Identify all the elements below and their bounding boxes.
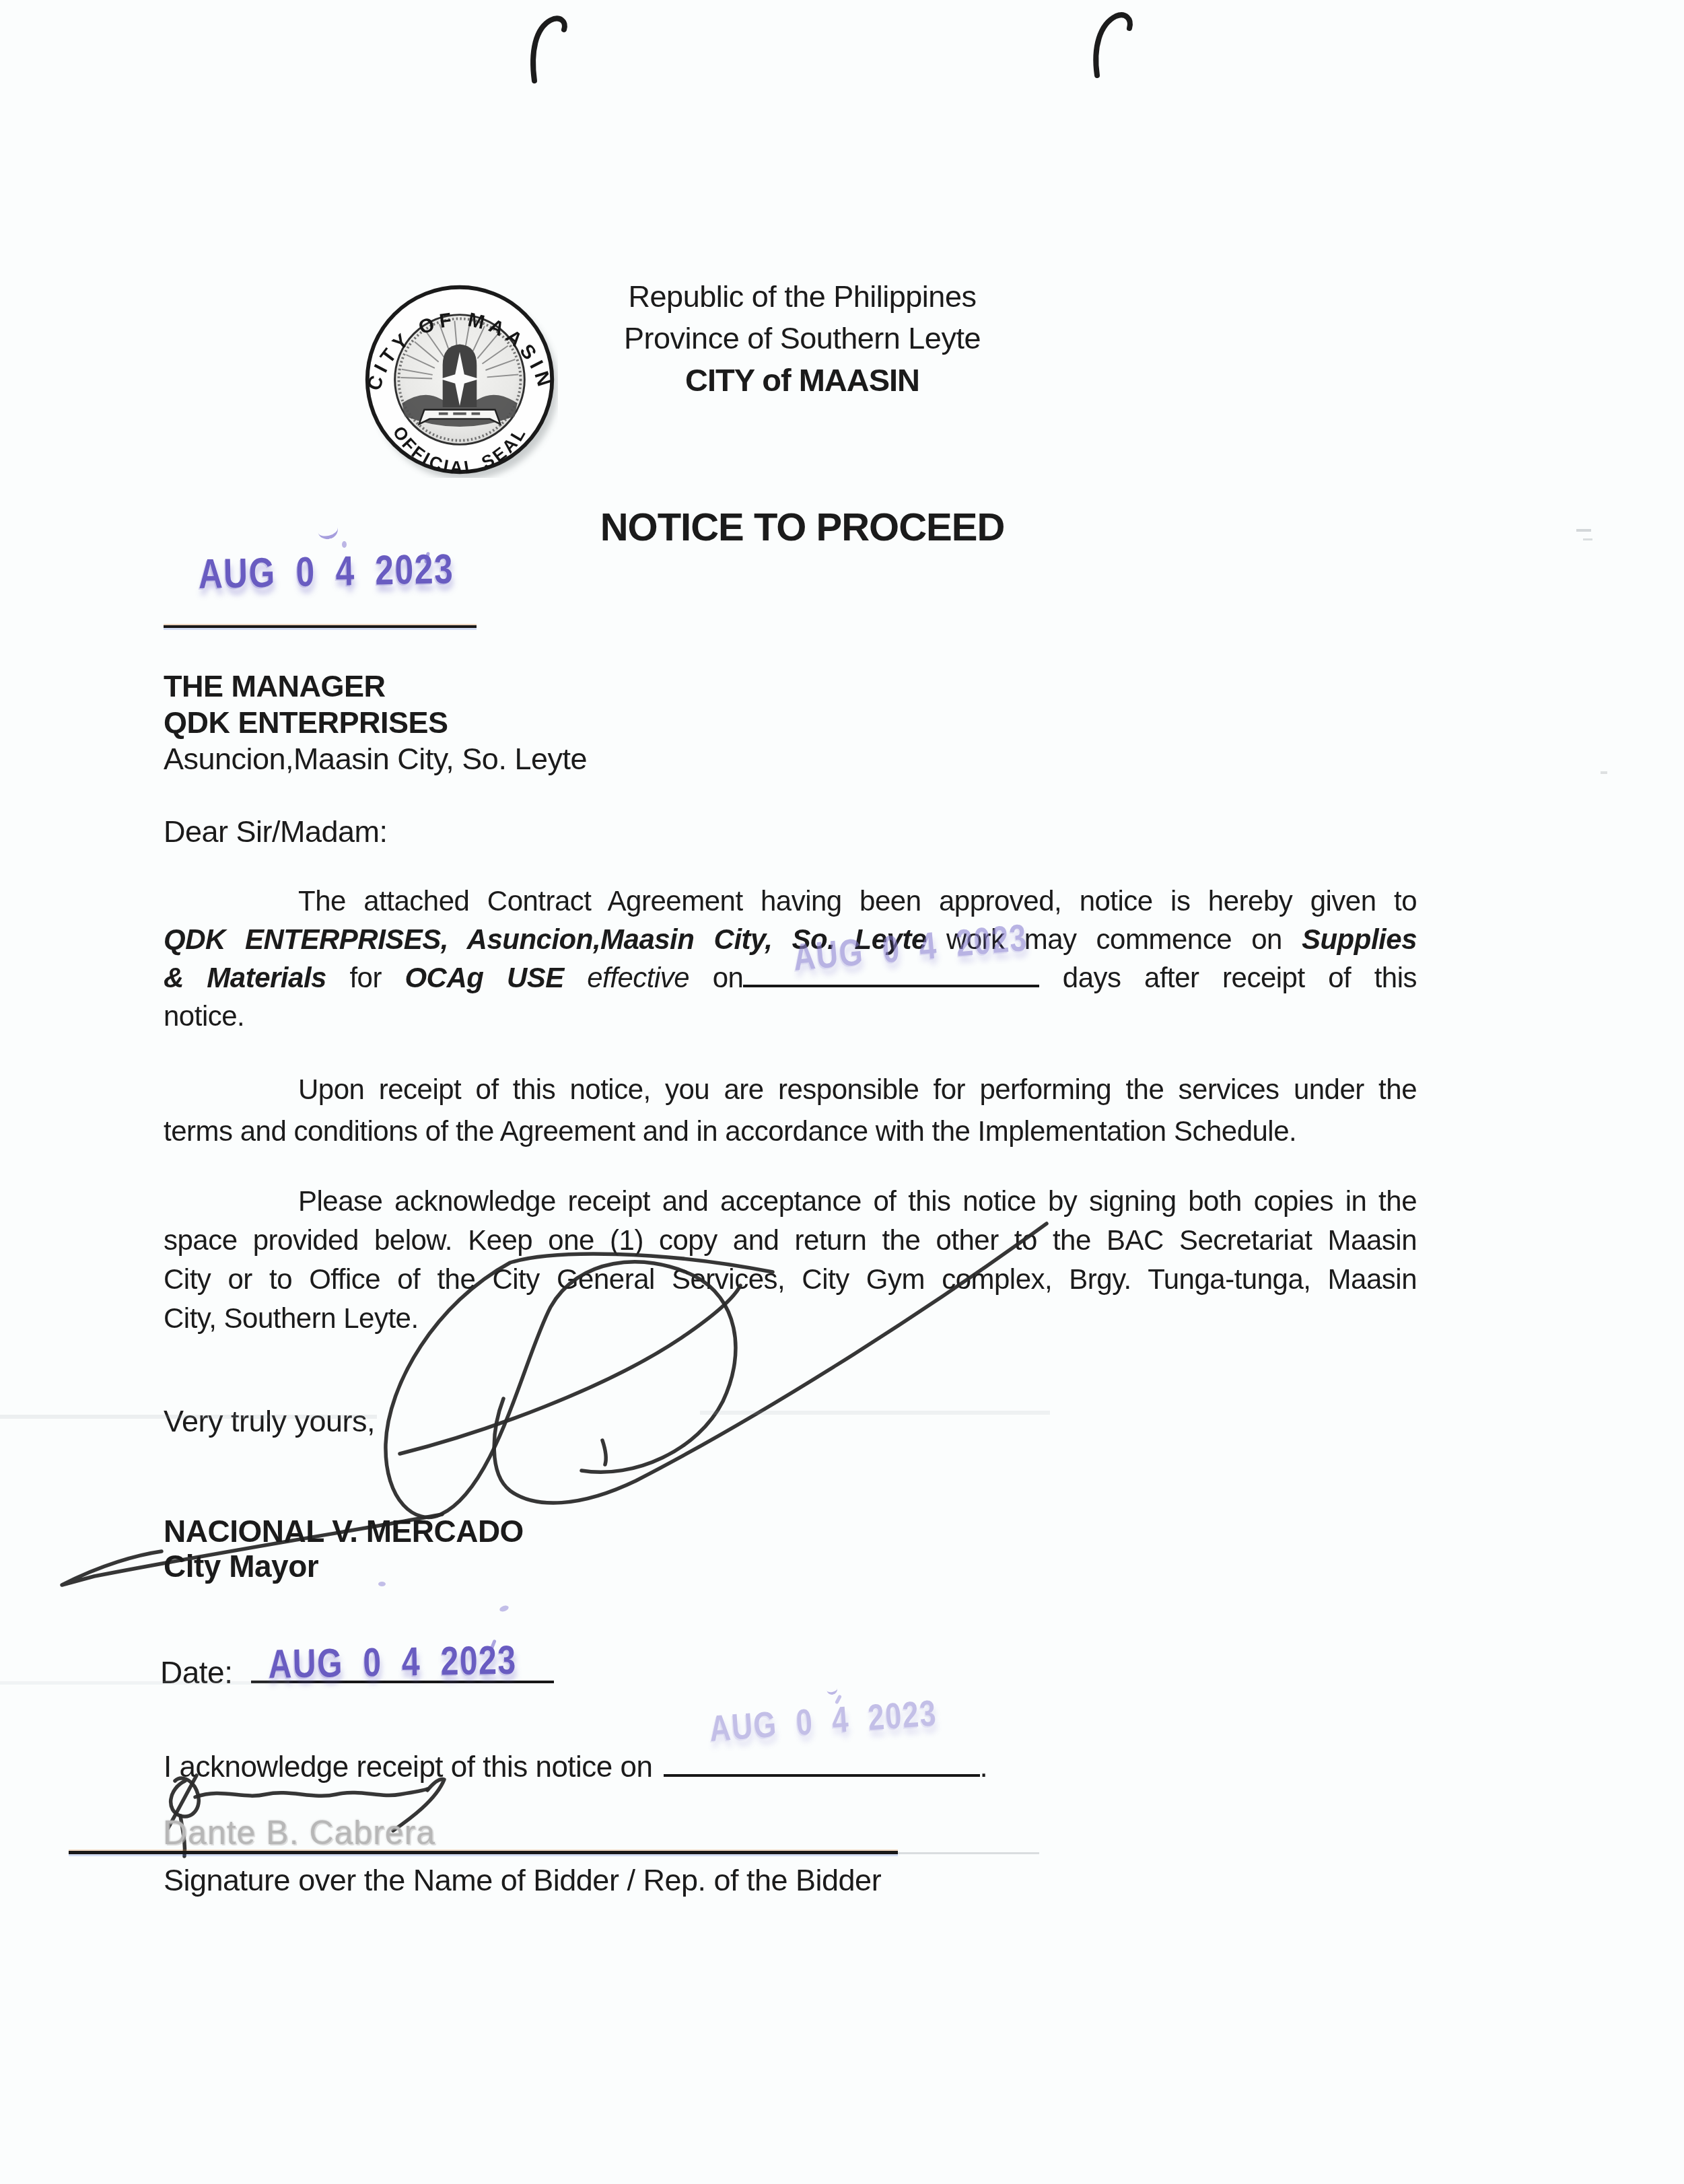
edge-speck-2 xyxy=(1583,538,1592,540)
document-title: NOTICE TO PROCEED xyxy=(592,505,1012,550)
bidder-signature-line xyxy=(69,1851,898,1854)
body-text-run: on xyxy=(689,962,743,993)
body-text-run: days after receipt of this xyxy=(1039,962,1417,993)
signature-mercado xyxy=(0,1218,1077,1635)
signatory-name: NACIONAL V. MERCADO xyxy=(164,1513,524,1549)
letterhead: Republic of the Philippines Province of … xyxy=(592,276,1012,401)
stamp-ink-mark xyxy=(826,1683,839,1696)
body-text-run: effective xyxy=(587,962,689,993)
body-text-line: & Materials for OCAg USE effective on da… xyxy=(164,958,1417,997)
recipient-company: QDK ENTERPRISES xyxy=(164,705,587,741)
paragraph-2: Upon receipt of this notice, you are res… xyxy=(164,1069,1417,1152)
body-text-line: notice. xyxy=(164,997,1417,1035)
body-text-run: for xyxy=(326,962,405,993)
scanned-letter-page: CITY OF MAASIN OFFICIAL SEAL Republic of… xyxy=(0,0,1684,2184)
body-text-run: Supplies xyxy=(1302,923,1417,955)
body-text-run: Please acknowledge receipt and acceptanc… xyxy=(298,1185,1417,1217)
body-text-run: Upon receipt of this notice, you are res… xyxy=(298,1073,1417,1105)
date-stamp-top: AUG 0 4 2023 xyxy=(198,545,454,598)
body-text-run: notice. xyxy=(164,1000,244,1032)
binder-mark-right xyxy=(1089,8,1139,82)
bidder-name-faded: Dante B. Cabrera xyxy=(163,1813,435,1852)
scanner-streak-rule-extension xyxy=(898,1852,1039,1854)
seal-banner-marks xyxy=(439,413,480,415)
body-text-run: The attached Contract Agreement having b… xyxy=(298,885,1417,917)
date-label: Date: xyxy=(160,1655,232,1690)
edge-speck-1 xyxy=(1576,529,1591,532)
body-text-run: terms and conditions of the Agreement an… xyxy=(164,1115,1296,1147)
body-text-line: QDK ENTERPRISES, Asuncion,Maasin City, S… xyxy=(164,920,1417,958)
date-stamp-acknowledgment: AUG 0 4 2023 xyxy=(708,1692,938,1749)
body-text-run xyxy=(564,962,588,993)
body-text-line: The attached Contract Agreement having b… xyxy=(164,882,1417,920)
letterhead-republic: Republic of the Philippines xyxy=(592,276,1012,318)
stamp-ink-dot xyxy=(342,541,347,548)
acknowledgment-blank-line xyxy=(664,1750,980,1777)
date-stamp-underline xyxy=(164,625,477,628)
signature-caption: Signature over the Name of Bidder / Rep.… xyxy=(164,1863,881,1898)
city-seal: CITY OF MAASIN OFFICIAL SEAL xyxy=(361,281,558,478)
edge-speck-3 xyxy=(1601,771,1607,774)
body-text-run: OCAg USE xyxy=(405,962,563,993)
letterhead-province: Province of Southern Leyte xyxy=(592,318,1012,359)
acknowledgment-period: . xyxy=(980,1751,988,1784)
date-stamp-date-line: AUG 0 4 2023 xyxy=(268,1637,517,1687)
binder-mark-left xyxy=(525,11,572,85)
body-text-line: Upon receipt of this notice, you are res… xyxy=(164,1069,1417,1111)
recipient-title: THE MANAGER xyxy=(164,668,587,705)
recipient-address: Asuncion,Maasin City, So. Leyte xyxy=(164,741,587,777)
body-text-line: terms and conditions of the Agreement an… xyxy=(164,1111,1417,1152)
salutation: Dear Sir/Madam: xyxy=(164,814,388,849)
stamp-ink-smudge xyxy=(316,519,340,541)
stamp-ink-dot-2 xyxy=(378,1582,386,1586)
recipient-block: THE MANAGER QDK ENTERPRISES Asuncion,Maa… xyxy=(164,668,587,777)
body-text-line: Please acknowledge receipt and acceptanc… xyxy=(164,1182,1417,1221)
paragraph-1: The attached Contract Agreement having b… xyxy=(164,882,1417,1035)
letterhead-city: CITY of MAASIN xyxy=(592,359,1012,401)
signatory-title: City Mayor xyxy=(164,1548,318,1584)
body-text-run: & Materials xyxy=(164,962,326,993)
valediction: Very truly yours, xyxy=(164,1404,375,1439)
